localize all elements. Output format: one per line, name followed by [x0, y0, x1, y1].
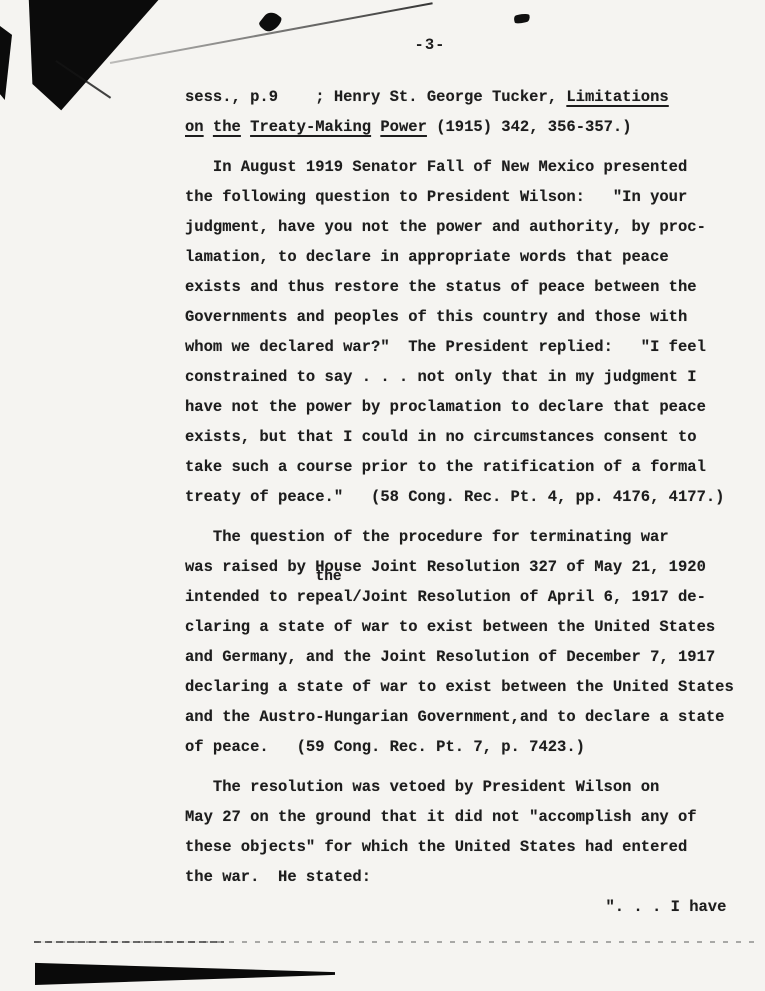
text-segment: take such a course prior to the ratifica…	[185, 458, 706, 476]
text-line: The question of the procedure for termin…	[185, 522, 745, 552]
text-line: on the Treaty-Making Power (1915) 342, 3…	[185, 112, 745, 142]
text-segment: these objects" for which the United Stat…	[185, 838, 687, 856]
text-segment	[204, 118, 213, 136]
underlined-text: Treaty-Making	[250, 118, 371, 136]
text-line: May 27 on the ground that it did not "ac…	[185, 802, 745, 832]
text-line: constrained to say . . . not only that i…	[185, 362, 745, 392]
text-line: the war. He stated:	[185, 862, 745, 892]
text-segment: treaty of peace." (58 Cong. Rec. Pt. 4, …	[185, 488, 725, 506]
text-line: intended to repeal/Joint Resolution of A…	[185, 582, 745, 612]
bottom-dashed-line	[34, 941, 758, 943]
text-line: exists and thus restore the status of pe…	[185, 272, 745, 302]
text-line: was raised by House Joint Resolution 327…	[185, 552, 745, 582]
text-segment: declaring a state of war to exist betwee…	[185, 678, 734, 696]
text-segment: and the Austro-Hungarian Government,and …	[185, 708, 725, 726]
text-line: of peace. (59 Cong. Rec. Pt. 7, p. 7423.…	[185, 732, 745, 762]
text-line: take such a course prior to the ratifica…	[185, 452, 745, 482]
text-segment: constrained to say . . . not only that i…	[185, 368, 697, 386]
text-segment: the war. He stated:	[185, 868, 371, 886]
page-number: -3-	[185, 36, 675, 54]
text-line: whom we declared war?" The President rep…	[185, 332, 745, 362]
corner-fold-mark	[0, 0, 180, 120]
page-edge-sliver	[0, 26, 12, 100]
text-line: and Germany, and the Joint Resolution of…	[185, 642, 745, 672]
text-segment: In August 1919 Senator Fall of New Mexic…	[213, 158, 687, 176]
text-segment: Governments and peoples of this country …	[185, 308, 687, 326]
text-line: have not the power by proclamation to de…	[185, 392, 745, 422]
text-line: exists, but that I could in no circumsta…	[185, 422, 745, 452]
text-line: lamation, to declare in appropriate word…	[185, 242, 745, 272]
text-line: The resolution was vetoed by President W…	[185, 772, 745, 802]
text-segment: whom we declared war?" The President rep…	[185, 338, 706, 356]
text-segment: exists and thus restore the status of pe…	[185, 278, 697, 296]
text-line: Governments and peoples of this country …	[185, 302, 745, 332]
text-line: these objects" for which the United Stat…	[185, 832, 745, 862]
text-segment	[371, 118, 380, 136]
text-line: judgment, have you not the power and aut…	[185, 212, 745, 242]
text-segment: exists, but that I could in no circumsta…	[185, 428, 697, 446]
bottom-tear-mark	[35, 962, 335, 985]
text-line: ". . . I have	[185, 892, 745, 922]
text-segment: May 27 on the ground that it did not "ac…	[185, 808, 697, 826]
text-line: sess., p.9 ; Henry St. George Tucker, Li…	[185, 82, 745, 112]
text-line: the following question to President Wils…	[185, 182, 745, 212]
text-segment: of peace. (59 Cong. Rec. Pt. 7, p. 7423.…	[185, 738, 585, 756]
text-segment: the following question to President Wils…	[185, 188, 687, 206]
scanned-document-page: { "page": { "number": "-3-" }, "content"…	[0, 0, 765, 991]
underlined-text: Power	[380, 118, 427, 136]
text-segment: have not the power by proclamation to de…	[185, 398, 706, 416]
document-text: sess., p.9 ; Henry St. George Tucker, Li…	[185, 82, 745, 922]
text-segment: ". . . I have	[605, 898, 726, 916]
text-segment: and Germany, and the Joint Resolution of…	[185, 648, 715, 666]
text-segment: sess., p.9 ; Henry St. George Tucker,	[185, 88, 566, 106]
text-segment: The resolution was vetoed by President W…	[213, 778, 659, 796]
underlined-text: on	[185, 118, 204, 136]
ink-smudge-icon	[513, 12, 531, 25]
text-segment: intended to repeal/Joint Resolution of A…	[185, 588, 706, 606]
text-segment: judgment, have you not the power and aut…	[185, 218, 706, 236]
text-line: In August 1919 Senator Fall of New Mexic…	[185, 152, 745, 182]
text-line: treaty of peace." (58 Cong. Rec. Pt. 4, …	[185, 482, 745, 512]
text-segment: The question of the procedure for termin…	[213, 528, 669, 546]
inserted-word: the	[316, 569, 342, 585]
text-line: claring a state of war to exist between …	[185, 612, 745, 642]
text-segment: (1915) 342, 356-357.)	[427, 118, 632, 136]
text-segment: claring a state of war to exist between …	[185, 618, 715, 636]
text-segment: lamation, to declare in appropriate word…	[185, 248, 669, 266]
text-line: declaring a state of war to exist betwee…	[185, 672, 745, 702]
underlined-text: Limitations	[566, 88, 668, 106]
text-segment	[241, 118, 250, 136]
text-line: and the Austro-Hungarian Government,and …	[185, 702, 745, 732]
text-segment: was raised by House Joint Resolution 327…	[185, 558, 706, 576]
underlined-text: the	[213, 118, 241, 136]
